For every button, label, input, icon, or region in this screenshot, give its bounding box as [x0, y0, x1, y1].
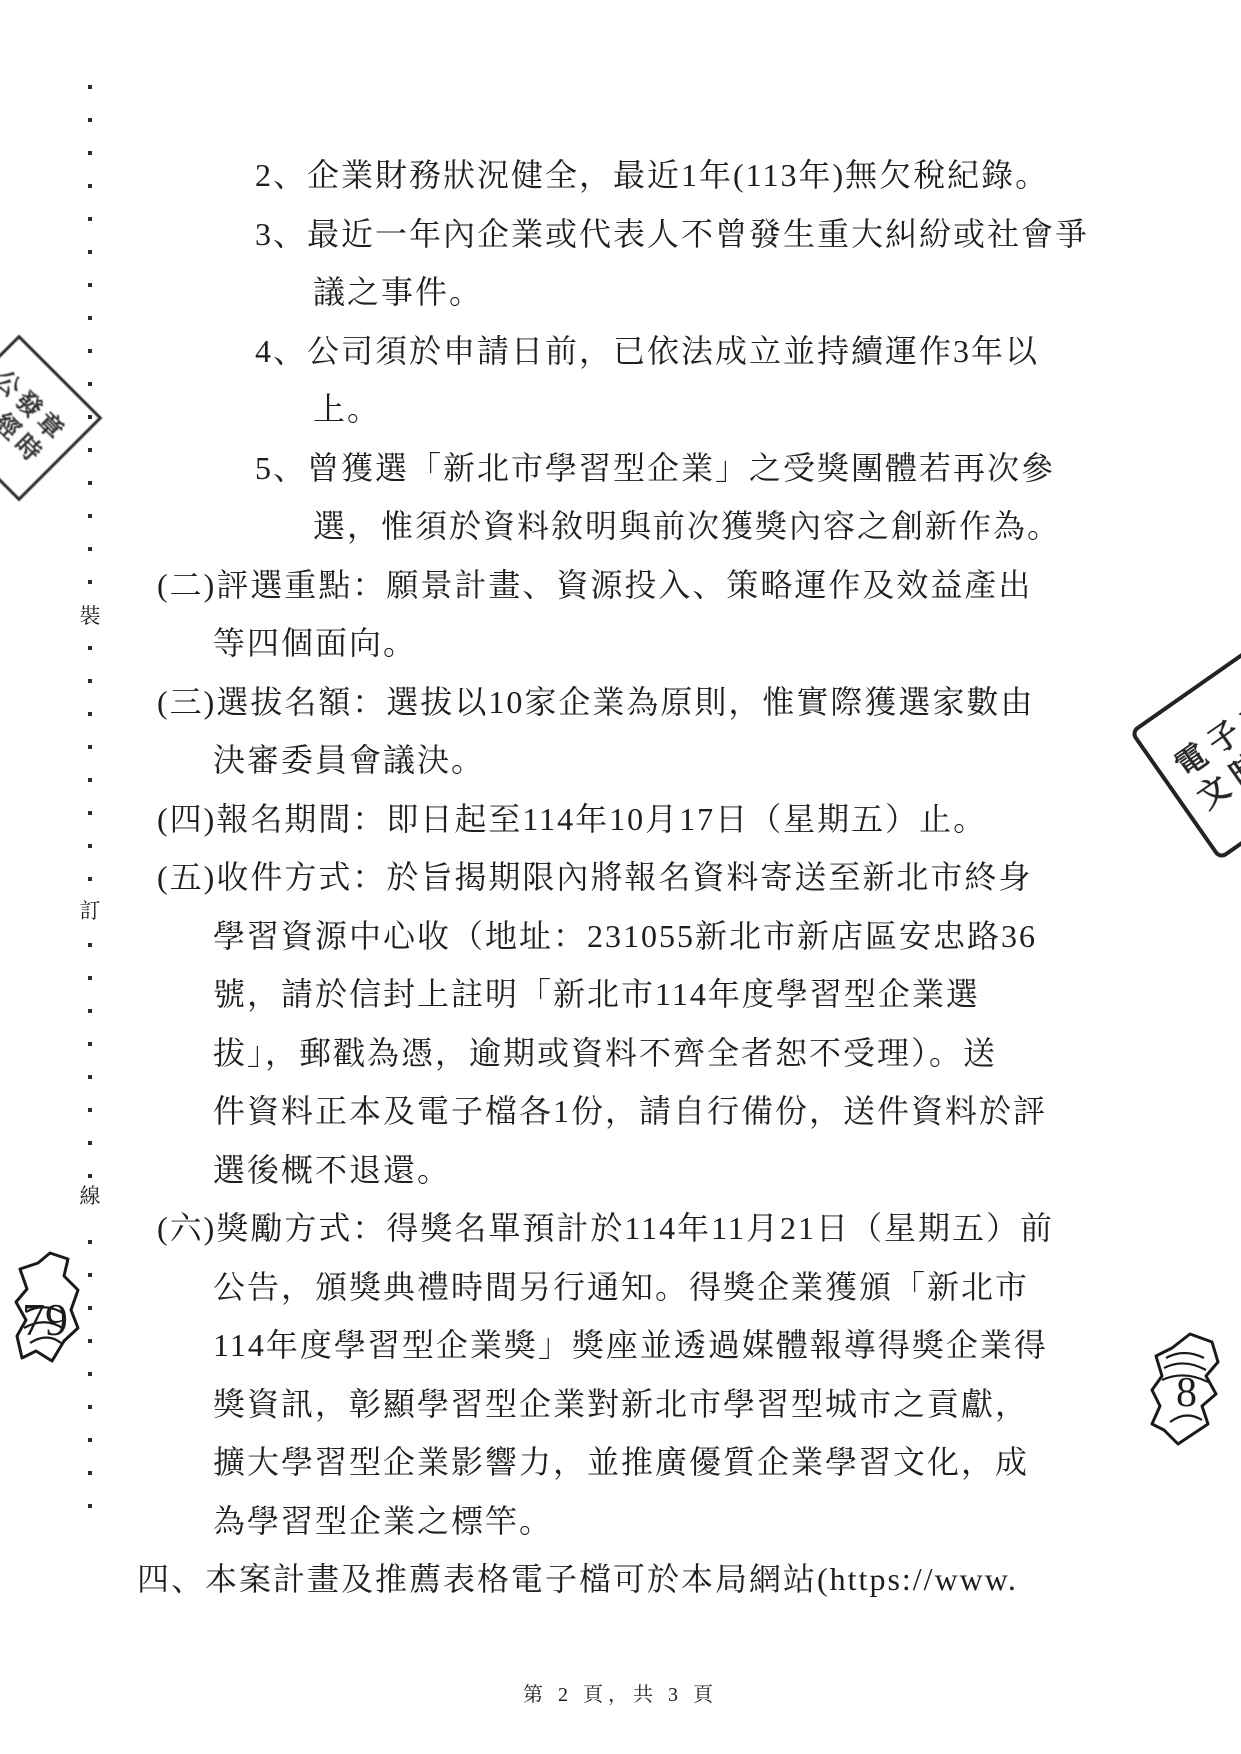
document-page: 裝 訂 線 公發章文經時 電子交文時間 2、企業財務狀況健全，最近1年(113年… — [0, 0, 1241, 1754]
text-line: (五)收件方式：於旨揭期限內將報名資料寄送至新北市終身 — [0, 858, 1241, 917]
text-line: 等四個面向。 — [0, 624, 1241, 683]
body-text: 2、企業財務狀況健全，最近1年(113年)無欠稅紀錄。3、最近一年內企業或代表人… — [0, 156, 1241, 1619]
page-footer: 第 2 頁，共 3 頁 — [0, 1678, 1241, 1707]
text-line: 為學習型企業之標竿。 — [0, 1502, 1241, 1561]
text-line: 上。 — [0, 390, 1241, 449]
text-line: 學習資源中心收（地址：231055新北市新店區安忠路36 — [0, 917, 1241, 976]
right-scribble-mark: 8 — [1150, 1332, 1220, 1446]
text-line: 件資料正本及電子檔各1份，請自行備份，送件資料於評 — [0, 1092, 1241, 1151]
text-line: 3、最近一年內企業或代表人不曾發生重大糾紛或社會爭 — [0, 215, 1241, 274]
left-scribble-mark: 79 — [14, 1250, 80, 1364]
scribble-number-8: 8 — [1176, 1370, 1197, 1416]
text-line: 決審委員會議決。 — [0, 741, 1241, 800]
text-line: 四、本案計畫及推薦表格電子檔可於本局網站(https://www. — [0, 1560, 1241, 1619]
text-line: 選後概不退還。 — [0, 1151, 1241, 1210]
text-line: 議之事件。 — [0, 273, 1241, 332]
text-line: 獎資訊，彰顯學習型企業對新北市學習型城市之貢獻， — [0, 1385, 1241, 1444]
text-line: (三)選拔名額：選拔以10家企業為原則，惟實際獲選家數由 — [0, 683, 1241, 742]
text-line: 2、企業財務狀況健全，最近1年(113年)無欠稅紀錄。 — [0, 156, 1241, 215]
text-line: (四)報名期間：即日起至114年10月17日（星期五）止。 — [0, 800, 1241, 859]
text-line: 4、公司須於申請日前，已依法成立並持續運作3年以 — [0, 332, 1241, 391]
text-line: 拔」，郵戳為憑，逾期或資料不齊全者恕不受理）。送 — [0, 1034, 1241, 1093]
text-line: 5、曾獲選「新北市學習型企業」之受獎團體若再次參 — [0, 449, 1241, 508]
text-line: (六)獎勵方式：得獎名單預計於114年11月21日（星期五）前 — [0, 1209, 1241, 1268]
text-line: 號，請於信封上註明「新北市114年度學習型企業選 — [0, 975, 1241, 1034]
text-line: (二)評選重點：願景計畫、資源投入、策略運作及效益產出 — [0, 566, 1241, 625]
text-line: 公告，頒獎典禮時間另行通知。得獎企業獲頒「新北市 — [0, 1268, 1241, 1327]
text-line: 選，惟須於資料敘明與前次獲獎內容之創新作為。 — [0, 507, 1241, 566]
text-line: 114年度學習型企業獎」獎座並透過媒體報導得獎企業得 — [0, 1326, 1241, 1385]
text-line: 擴大學習型企業影響力，並推廣優質企業學習文化，成 — [0, 1443, 1241, 1502]
scribble-number-79: 79 — [22, 1294, 68, 1345]
